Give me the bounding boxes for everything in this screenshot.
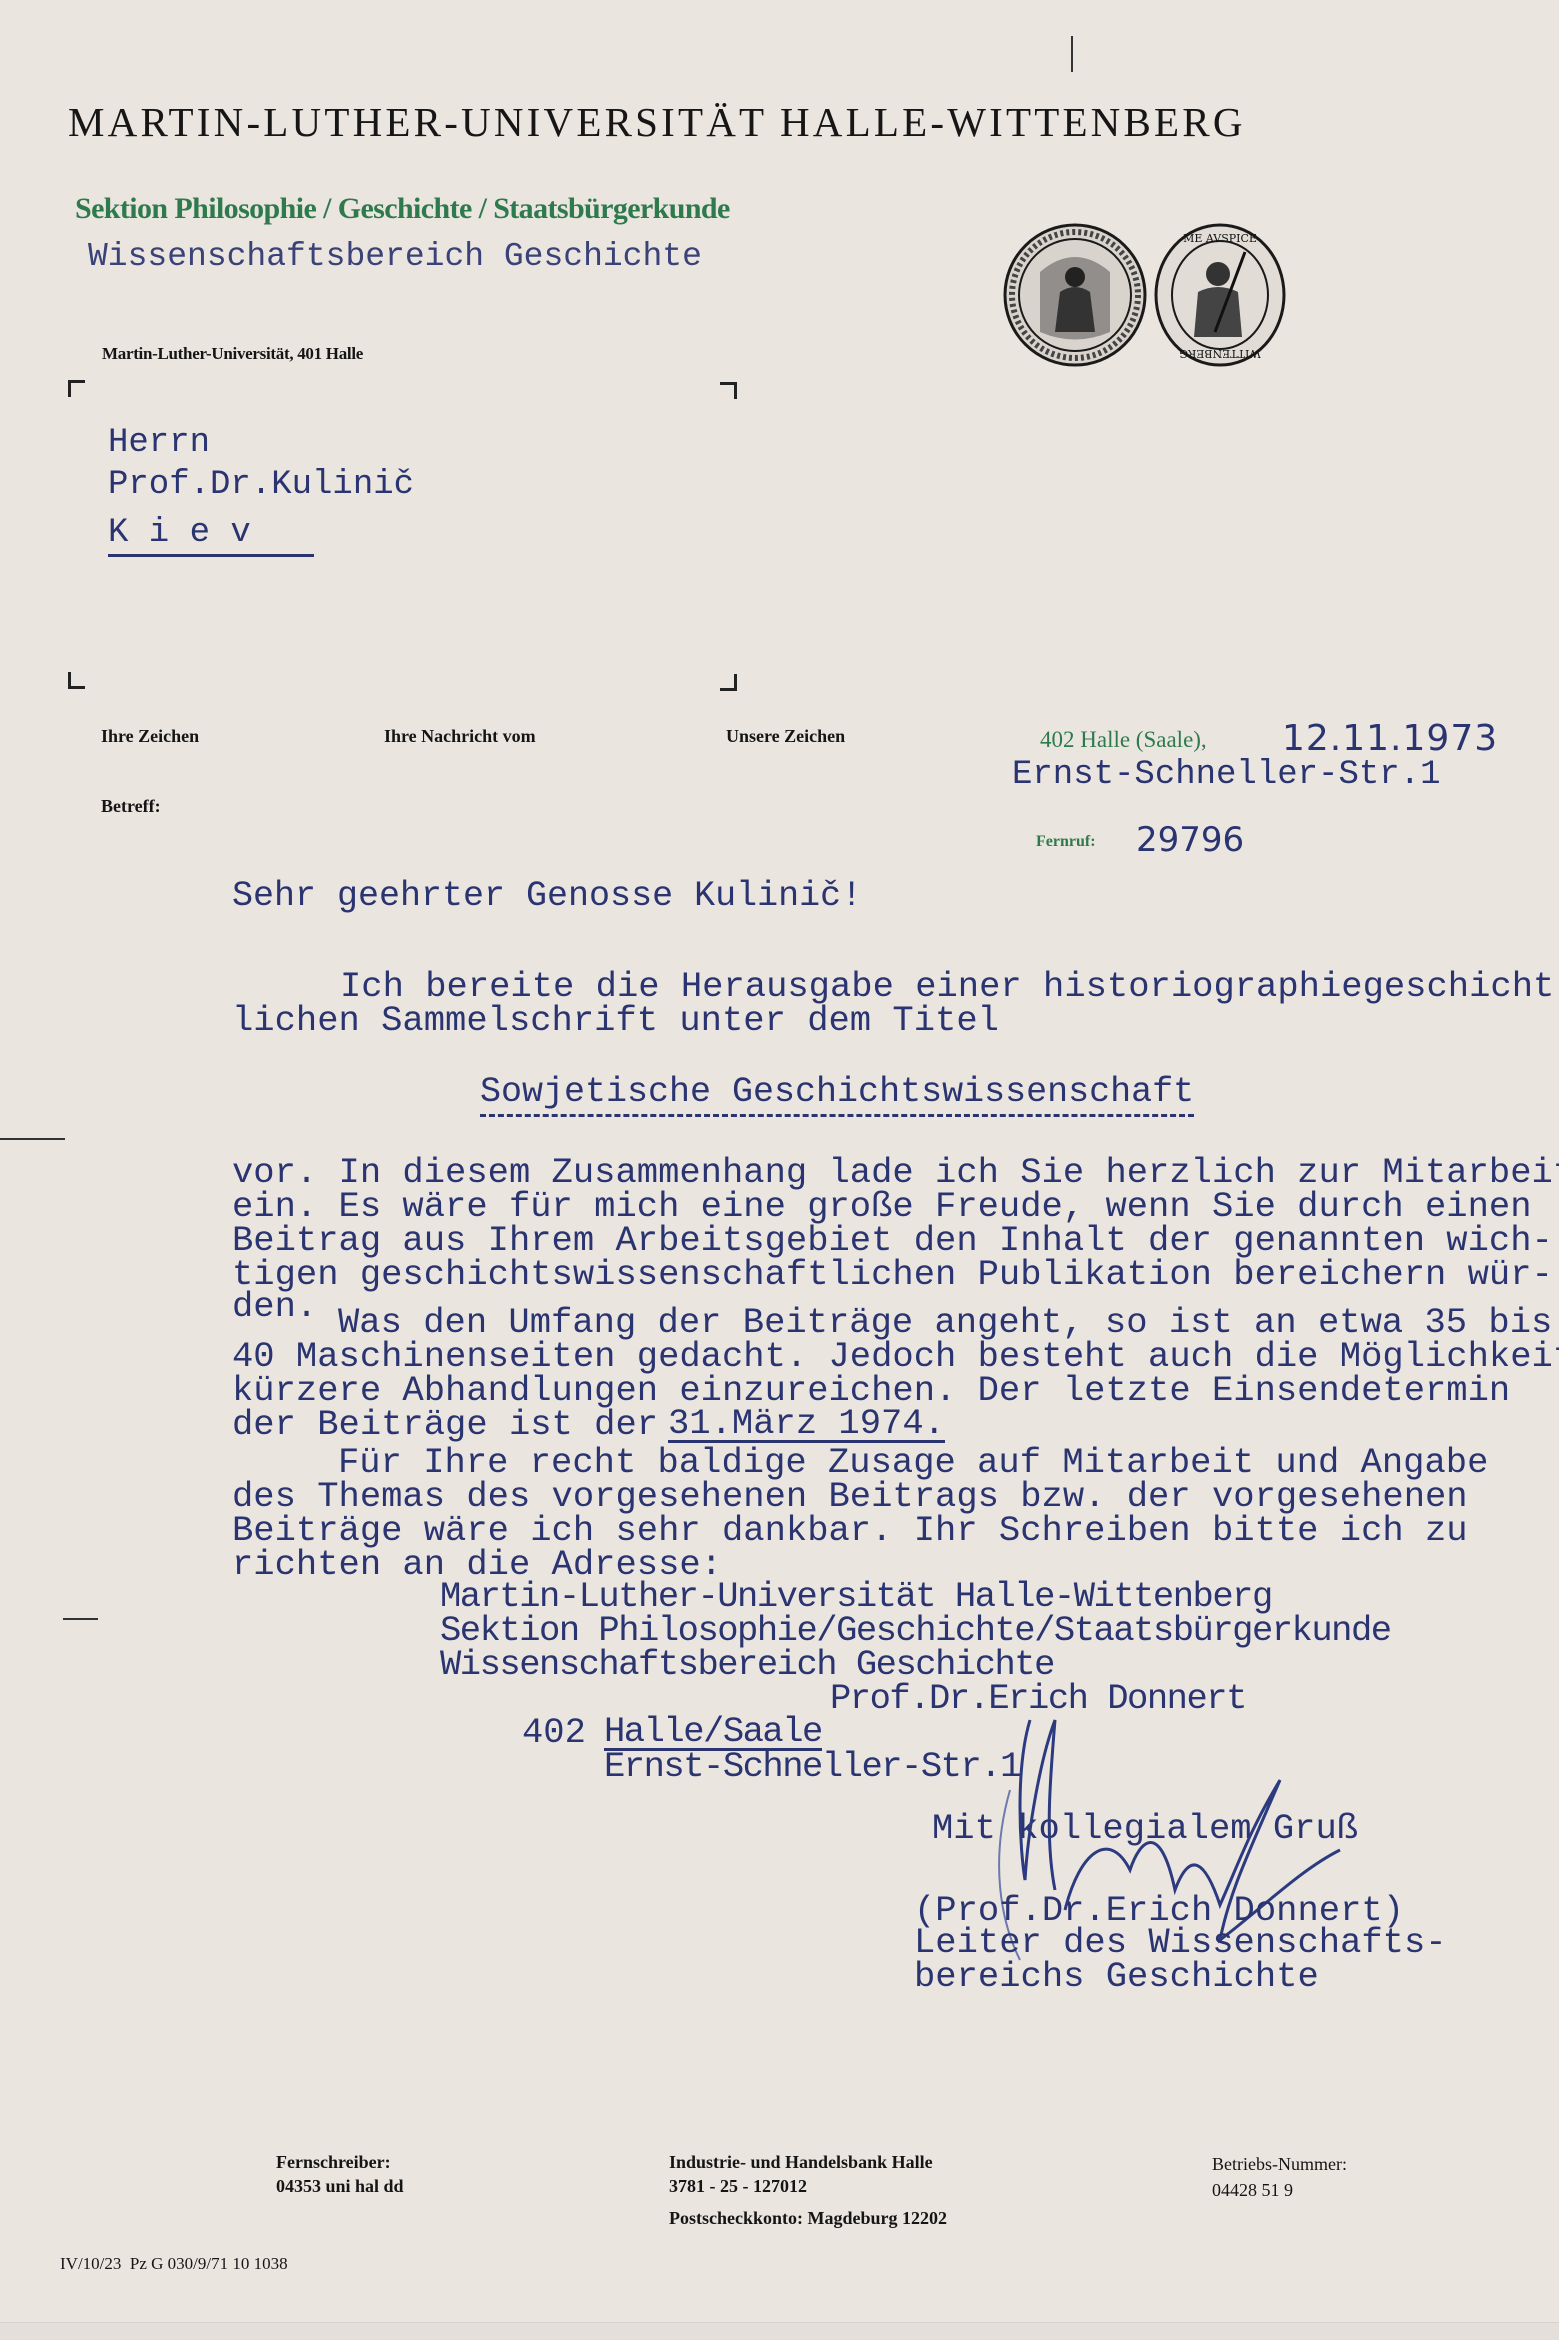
- paragraph-1-line-2: lichen Sammelschrift unter dem Titel: [232, 1004, 999, 1038]
- recipient-salutation: Herrn: [108, 424, 210, 462]
- return-address: Martin-Luther-Universität, 401 Halle: [102, 344, 363, 364]
- window-corner-tr: [720, 382, 737, 399]
- paragraph-2-line-7: 40 Maschinenseiten gedacht. Jedoch beste…: [232, 1340, 1559, 1374]
- university-seal-madonna-icon: [1000, 222, 1150, 368]
- paragraph-3-line-3: Beiträge wäre ich sehr dankbar. Ihr Schr…: [232, 1514, 1468, 1548]
- address-line-2: Sektion Philosophie/Geschichte/Staatsbür…: [440, 1614, 1391, 1648]
- paragraph-2-line-4: tigen geschichtswissenschaftlichen Publi…: [232, 1258, 1553, 1292]
- postscheck-account: Postscheckkonto: Magdeburg 12202: [669, 2208, 947, 2229]
- fernruf-number: 29796: [1136, 820, 1244, 860]
- label-ihre-nachricht: Ihre Nachricht vom: [384, 726, 536, 747]
- paragraph-2-line-5: den.: [232, 1290, 317, 1324]
- publication-title: Sowjetische Geschichtswissenschaft: [480, 1072, 1194, 1117]
- print-code: IV/10/23 Pz G 030/9/71 10 1038: [60, 2254, 288, 2274]
- betriebs-number: 04428 51 9: [1212, 2180, 1293, 2201]
- recipient-name: Prof.Dr.Kulinič: [108, 466, 414, 504]
- paragraph-2-line-6: Was den Umfang der Beiträge angeht, so i…: [338, 1306, 1552, 1340]
- signer-title-2: bereichs Geschichte: [914, 1960, 1319, 1994]
- paragraph-1-line-1: Ich bereite die Herausgabe einer histori…: [340, 970, 1559, 1004]
- fernruf-label: Fernruf:: [1036, 833, 1096, 851]
- betriebs-label: Betriebs-Nummer:: [1212, 2154, 1347, 2175]
- punch-mark-left: [63, 1618, 98, 1620]
- svg-text:ME AVSPICE: ME AVSPICE: [1183, 232, 1257, 245]
- university-name: MARTIN-LUTHER-UNIVERSITÄT HALLE-WITTENBE…: [68, 98, 1246, 146]
- place-label: 402 Halle (Saale),: [1040, 727, 1207, 753]
- department-name: Wissenschaftsbereich Geschichte: [88, 238, 702, 275]
- address-line-1: Martin-Luther-Universität Halle-Wittenbe…: [440, 1580, 1272, 1614]
- address-zip: 402: [522, 1716, 586, 1750]
- fernschreiber-label: Fernschreiber:: [276, 2152, 391, 2173]
- paragraph-3-line-1: Für Ihre recht baldige Zusage auf Mitarb…: [338, 1446, 1488, 1480]
- paragraph-2-line-3: Beitrag aus Ihrem Arbeitsgebiet den Inha…: [232, 1224, 1553, 1258]
- fernschreiber-number: 04353 uni hal dd: [276, 2176, 404, 2197]
- window-corner-br: [720, 674, 737, 691]
- signer-title-1: Leiter des Wissenschafts-: [914, 1926, 1447, 1960]
- fold-mark-top: [1071, 36, 1073, 72]
- fold-mark-left: [0, 1138, 65, 1140]
- bank-account: 3781 - 25 - 127012: [669, 2176, 807, 2197]
- university-seal-wittenberg-icon: ME AVSPICE WITTENBERG: [1150, 222, 1290, 368]
- section-name: Sektion Philosophie / Geschichte / Staat…: [75, 192, 730, 226]
- window-corner-bl: [68, 672, 85, 689]
- paragraph-3-line-2: des Themas des vorgesehenen Beitrags bzw…: [232, 1480, 1468, 1514]
- window-corner-tl: [68, 380, 85, 397]
- paragraph-2-line-1: vor. In diesem Zusammenhang lade ich Sie…: [232, 1156, 1559, 1190]
- bank-name: Industrie- und Handelsbank Halle: [669, 2152, 933, 2173]
- paragraph-2-line-9: der Beiträge ist der: [232, 1408, 679, 1442]
- address-line-3: Wissenschaftsbereich Geschichte: [440, 1648, 1054, 1682]
- recipient-city: K i e v: [108, 514, 314, 557]
- deadline-date: 31.März 1974.: [668, 1408, 945, 1443]
- label-unsere-zeichen: Unsere Zeichen: [726, 726, 845, 747]
- label-ihre-zeichen: Ihre Zeichen: [101, 726, 199, 747]
- letter-salutation: Sehr geehrter Genosse Kulinič!: [232, 876, 862, 916]
- svg-text:WITTENBERG: WITTENBERG: [1179, 347, 1260, 360]
- sender-street: Ernst-Schneller-Str.1: [1012, 756, 1440, 794]
- page-bottom-edge: [0, 2322, 1559, 2340]
- letter-date: 12.11.1973: [1282, 718, 1498, 759]
- label-betreff: Betreff:: [101, 796, 161, 817]
- paragraph-2-line-2: ein. Es wäre für mich eine große Freude,…: [232, 1190, 1532, 1224]
